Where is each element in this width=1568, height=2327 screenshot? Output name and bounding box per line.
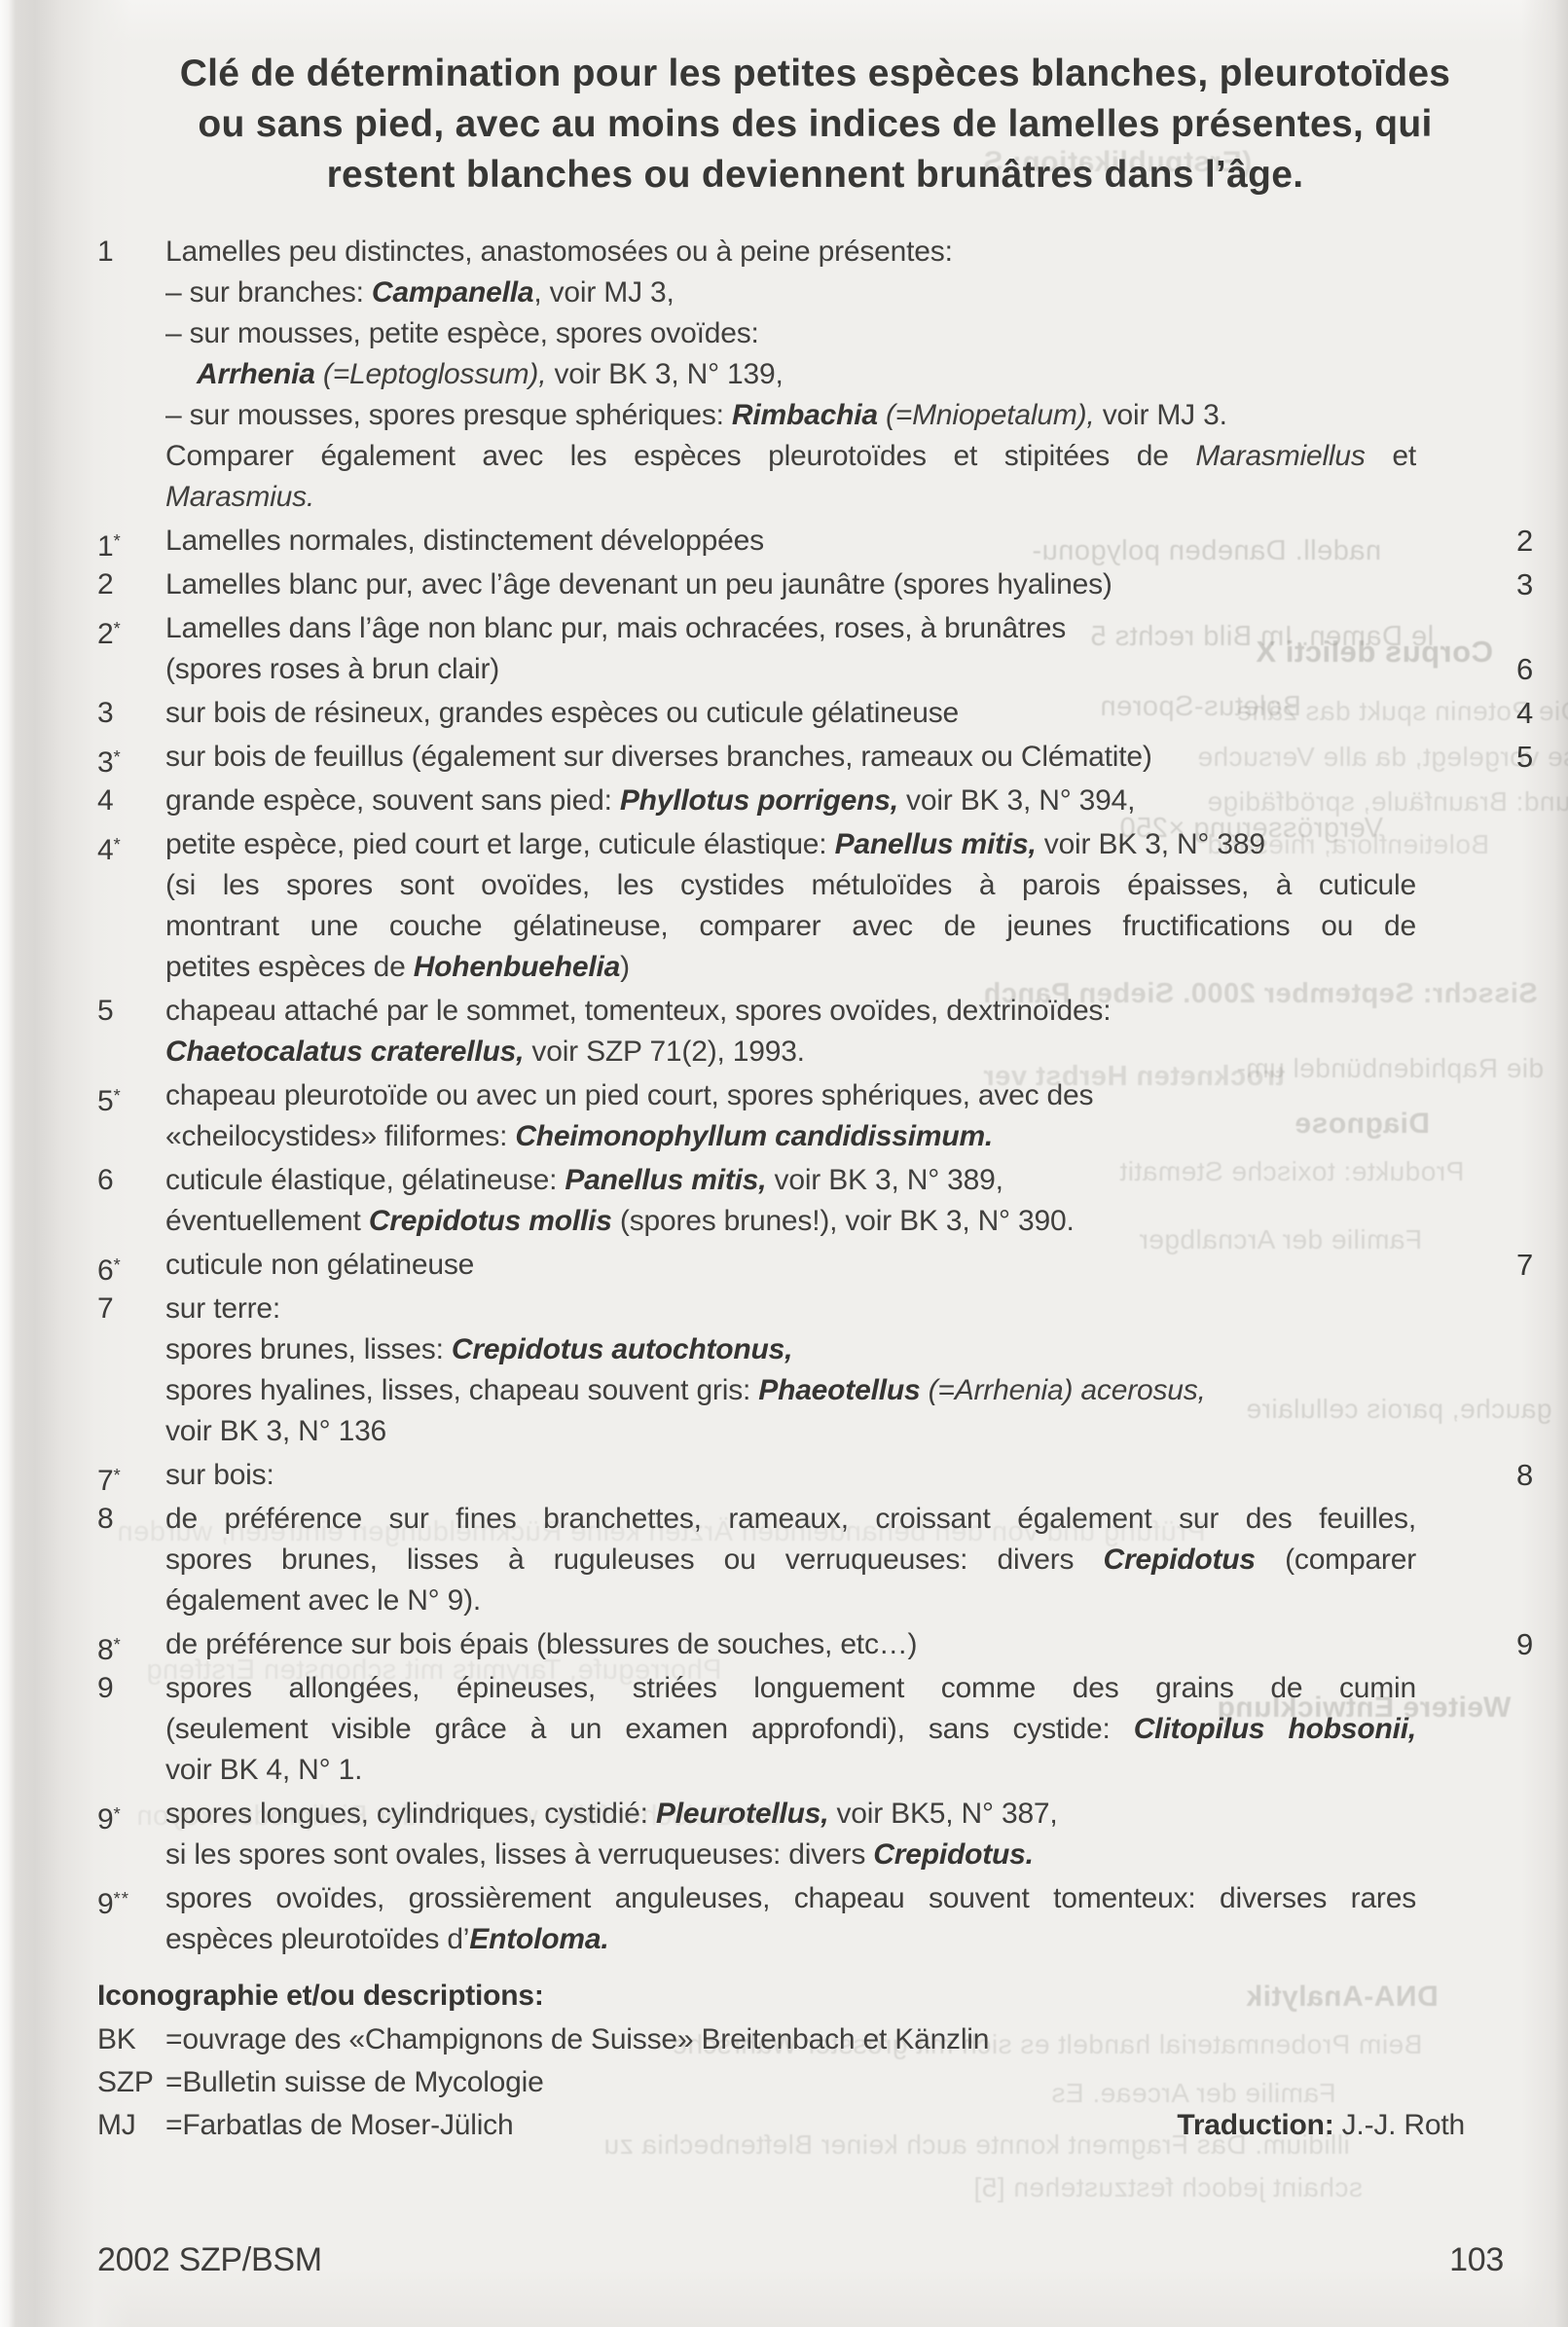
item-number: 8 <box>97 1499 114 1540</box>
edition-label: 2002 SZP/BSM <box>97 2241 322 2279</box>
text-line: (si les spores sont ovoïdes, les cystide… <box>165 865 1416 906</box>
key-item-7s: 7*sur bois:8 <box>97 1455 1533 1496</box>
text-line: cuticule élastique, gélatineuse: Panellu… <box>165 1160 1416 1201</box>
traduction-credit: Traduction: J.-J. Roth <box>1177 2104 1465 2147</box>
key-item-9s: 9*spores longues, cylindriques, cystidié… <box>97 1794 1533 1875</box>
legend-text: =Farbatlas de Moser-Jülich <box>165 2109 513 2141</box>
key-item-5s: 5*chapeau pleurotoïde ou avec un pied co… <box>97 1075 1533 1157</box>
legend-abbr: BK <box>97 2018 136 2061</box>
text-line: Marasmius. <box>165 477 1416 518</box>
text-line: Arrhenia (=Leptoglossum), voir BK 3, N° … <box>165 354 1416 395</box>
key-item-6: 6cuticule élastique, gélatineuse: Panell… <box>97 1160 1533 1242</box>
text-line: Lamelles dans l’âge non blanc pur, mais … <box>165 608 1416 649</box>
key-item-1s: 1*Lamelles normales, distinctement dével… <box>97 521 1533 562</box>
goto-number: 6 <box>1516 649 1533 690</box>
item-number: 3 <box>97 693 114 734</box>
key-item-8s: 8*de préférence sur bois épais (blessure… <box>97 1624 1533 1665</box>
text-line: sur bois de feuillus (également sur dive… <box>165 737 1416 778</box>
text-line: sur terre: <box>165 1289 1416 1329</box>
key-item-2s: 2*Lamelles dans l’âge non blanc pur, mai… <box>97 608 1533 690</box>
text-line: spores brunes, lisses à ruguleuses ou ve… <box>165 1540 1416 1581</box>
page-number: 103 <box>1449 2241 1504 2279</box>
item-number: 4 <box>97 781 114 821</box>
goto-number: 8 <box>1516 1455 1533 1496</box>
text-line: spores allongées, épineuses, striées lon… <box>165 1668 1416 1709</box>
key-item-6s: 6*cuticule non gélatineuse7 <box>97 1245 1533 1286</box>
key-item-8: 8de préférence sur fines branchettes, ra… <box>97 1499 1533 1621</box>
legend-section: Iconographie et/ou descriptions: BK=ouvr… <box>97 1974 1533 2147</box>
scanned-page: (Erstpublikation: Snadell. Daneben polyg… <box>0 0 1568 2327</box>
item-number: 4* <box>97 824 122 871</box>
key-item-9ss: 9**spores ovoïdes, grossièrement anguleu… <box>97 1878 1533 1960</box>
text-line: Chaetocalatus craterellus, voir SZP 71(2… <box>165 1032 1416 1073</box>
text-line: éventuellement Crepidotus mollis (spores… <box>165 1201 1416 1242</box>
text-line: chapeau attaché par le sommet, tomenteux… <box>165 991 1416 1032</box>
text-line: montrant une couche gélatineuse, compare… <box>165 906 1416 947</box>
text-line: spores brunes, lisses: Crepidotus autoch… <box>165 1329 1416 1370</box>
legend-row-mj: MJ=Farbatlas de Moser-JülichTraduction: … <box>97 2104 1533 2147</box>
legend-heading: Iconographie et/ou descriptions: <box>97 1974 1533 2018</box>
text-line: – sur branches: Campanella, voir MJ 3, <box>165 273 1416 313</box>
title-line-1: Clé de détermination pour les petites es… <box>107 49 1523 99</box>
key-item-9: 9spores allongées, épineuses, striées lo… <box>97 1668 1533 1791</box>
legend-text: =ouvrage des «Champignons de Suisse» Bre… <box>165 2023 989 2055</box>
determination-key: 1Lamelles peu distinctes, anastomosées o… <box>97 232 1533 1960</box>
text-line: (seulement visible grâce à un examen app… <box>165 1709 1416 1750</box>
text-line: espèces pleurotoïdes d’Entoloma. <box>165 1919 1416 1960</box>
item-number: 9** <box>97 1878 129 1925</box>
text-line: grande espèce, souvent sans pied: Phyllo… <box>165 781 1416 821</box>
item-number: 6 <box>97 1160 114 1201</box>
key-item-7: 7sur terre:spores brunes, lisses: Crepid… <box>97 1289 1533 1452</box>
goto-number: 2 <box>1516 521 1533 562</box>
page-footer: 2002 SZP/BSM 103 <box>97 2241 1504 2279</box>
legend-text: =Bulletin suisse de Mycologie <box>165 2066 544 2098</box>
item-number: 3* <box>97 737 122 783</box>
key-item-4s: 4*petite espèce, pied court et large, cu… <box>97 824 1533 988</box>
text-line: chapeau pleurotoïde ou avec un pied cour… <box>165 1075 1416 1116</box>
item-number: 7* <box>97 1455 122 1502</box>
text-line: Lamelles normales, distinctement dévelop… <box>165 521 1416 562</box>
goto-number: 3 <box>1516 564 1533 605</box>
key-item-1: 1Lamelles peu distinctes, anastomosées o… <box>97 232 1533 518</box>
text-line: Lamelles blanc pur, avec l’âge devenant … <box>165 564 1416 605</box>
text-line: voir BK 4, N° 1. <box>165 1750 1416 1791</box>
text-line: spores hyalines, lisses, chapeau souvent… <box>165 1370 1416 1411</box>
legend-abbr: SZP <box>97 2061 154 2104</box>
item-number: 2 <box>97 564 114 605</box>
page-title: Clé de détermination pour les petites es… <box>97 49 1533 200</box>
text-line: spores ovoïdes, grossièrement anguleuses… <box>165 1878 1416 1919</box>
text-line: petite espèce, pied court et large, cuti… <box>165 824 1416 865</box>
item-number: 9 <box>97 1668 114 1709</box>
text-line: (spores roses à brun clair) <box>165 649 1416 690</box>
text-line: sur bois de résineux, grandes espèces ou… <box>165 693 1416 734</box>
text-line: – sur mousses, petite espèce, spores ovo… <box>165 313 1416 354</box>
text-line: si les spores sont ovales, lisses à verr… <box>165 1835 1416 1875</box>
text-line: également avec le N° 9). <box>165 1581 1416 1621</box>
key-item-3: 3sur bois de résineux, grandes espèces o… <box>97 693 1533 734</box>
text-line: sur bois: <box>165 1455 1416 1496</box>
text-line: Lamelles peu distinctes, anastomosées ou… <box>165 232 1416 273</box>
legend-abbr: MJ <box>97 2104 136 2147</box>
goto-number: 9 <box>1516 1624 1533 1665</box>
item-number: 1 <box>97 232 114 273</box>
text-line: «cheilocystides» filiformes: Cheimonophy… <box>165 1116 1416 1157</box>
key-item-2: 2Lamelles blanc pur, avec l’âge devenant… <box>97 564 1533 605</box>
title-line-3: restent blanches ou deviennent brunâtres… <box>107 150 1523 200</box>
goto-number: 7 <box>1516 1245 1533 1286</box>
page-content: Clé de détermination pour les petites es… <box>0 0 1568 2327</box>
item-number: 5 <box>97 991 114 1032</box>
item-number: 7 <box>97 1289 114 1329</box>
goto-number: 4 <box>1516 693 1533 734</box>
item-number: 1* <box>97 521 122 567</box>
item-number: 5* <box>97 1075 122 1122</box>
text-line: petites espèces de Hohenbuehelia) <box>165 947 1416 988</box>
item-number: 2* <box>97 608 122 655</box>
key-item-3s: 3*sur bois de feuillus (également sur di… <box>97 737 1533 778</box>
text-line: – sur mousses, spores presque sphériques… <box>165 395 1416 436</box>
item-number: 6* <box>97 1245 122 1291</box>
text-line: spores longues, cylindriques, cystidié: … <box>165 1794 1416 1835</box>
text-line: de préférence sur fines branchettes, ram… <box>165 1499 1416 1540</box>
item-number: 8* <box>97 1624 122 1671</box>
key-item-5: 5chapeau attaché par le sommet, tomenteu… <box>97 991 1533 1073</box>
text-line: cuticule non gélatineuse <box>165 1245 1416 1286</box>
title-line-2: ou sans pied, avec au moins des indices … <box>107 99 1523 150</box>
key-item-4: 4grande espèce, souvent sans pied: Phyll… <box>97 781 1533 821</box>
text-line: voir BK 3, N° 136 <box>165 1411 1416 1452</box>
item-number: 9* <box>97 1794 122 1840</box>
text-line: de préférence sur bois épais (blessures … <box>165 1624 1416 1665</box>
legend-row-szp: SZP=Bulletin suisse de Mycologie <box>97 2061 1533 2104</box>
text-line: Comparer également avec les espèces pleu… <box>165 436 1416 477</box>
goto-number: 5 <box>1516 737 1533 778</box>
legend-row-bk: BK=ouvrage des «Champignons de Suisse» B… <box>97 2018 1533 2061</box>
